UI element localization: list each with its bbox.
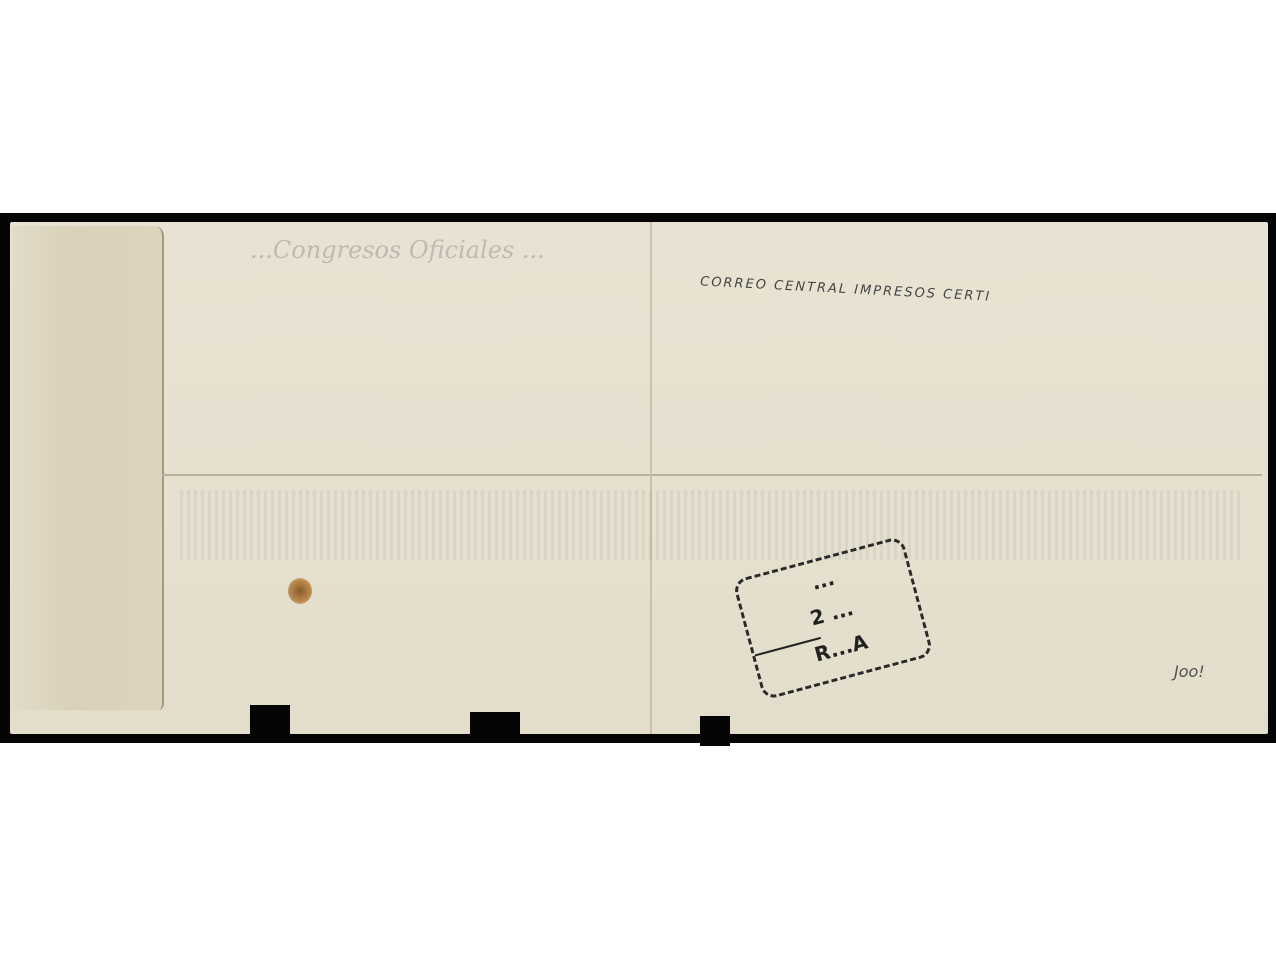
corner-note: Joo! (1174, 662, 1205, 681)
faint-handwriting: ...Congresos Oficiales ... (250, 236, 545, 264)
torn-edge (470, 712, 520, 742)
envelope-flap (12, 226, 164, 710)
vertical-fold (650, 222, 652, 734)
envelope-back (10, 222, 1268, 734)
torn-edge (700, 716, 730, 746)
adhesive-stain (180, 490, 1240, 560)
torn-edge (250, 705, 290, 735)
horizontal-fold (162, 474, 1262, 476)
brown-stain (288, 578, 312, 604)
